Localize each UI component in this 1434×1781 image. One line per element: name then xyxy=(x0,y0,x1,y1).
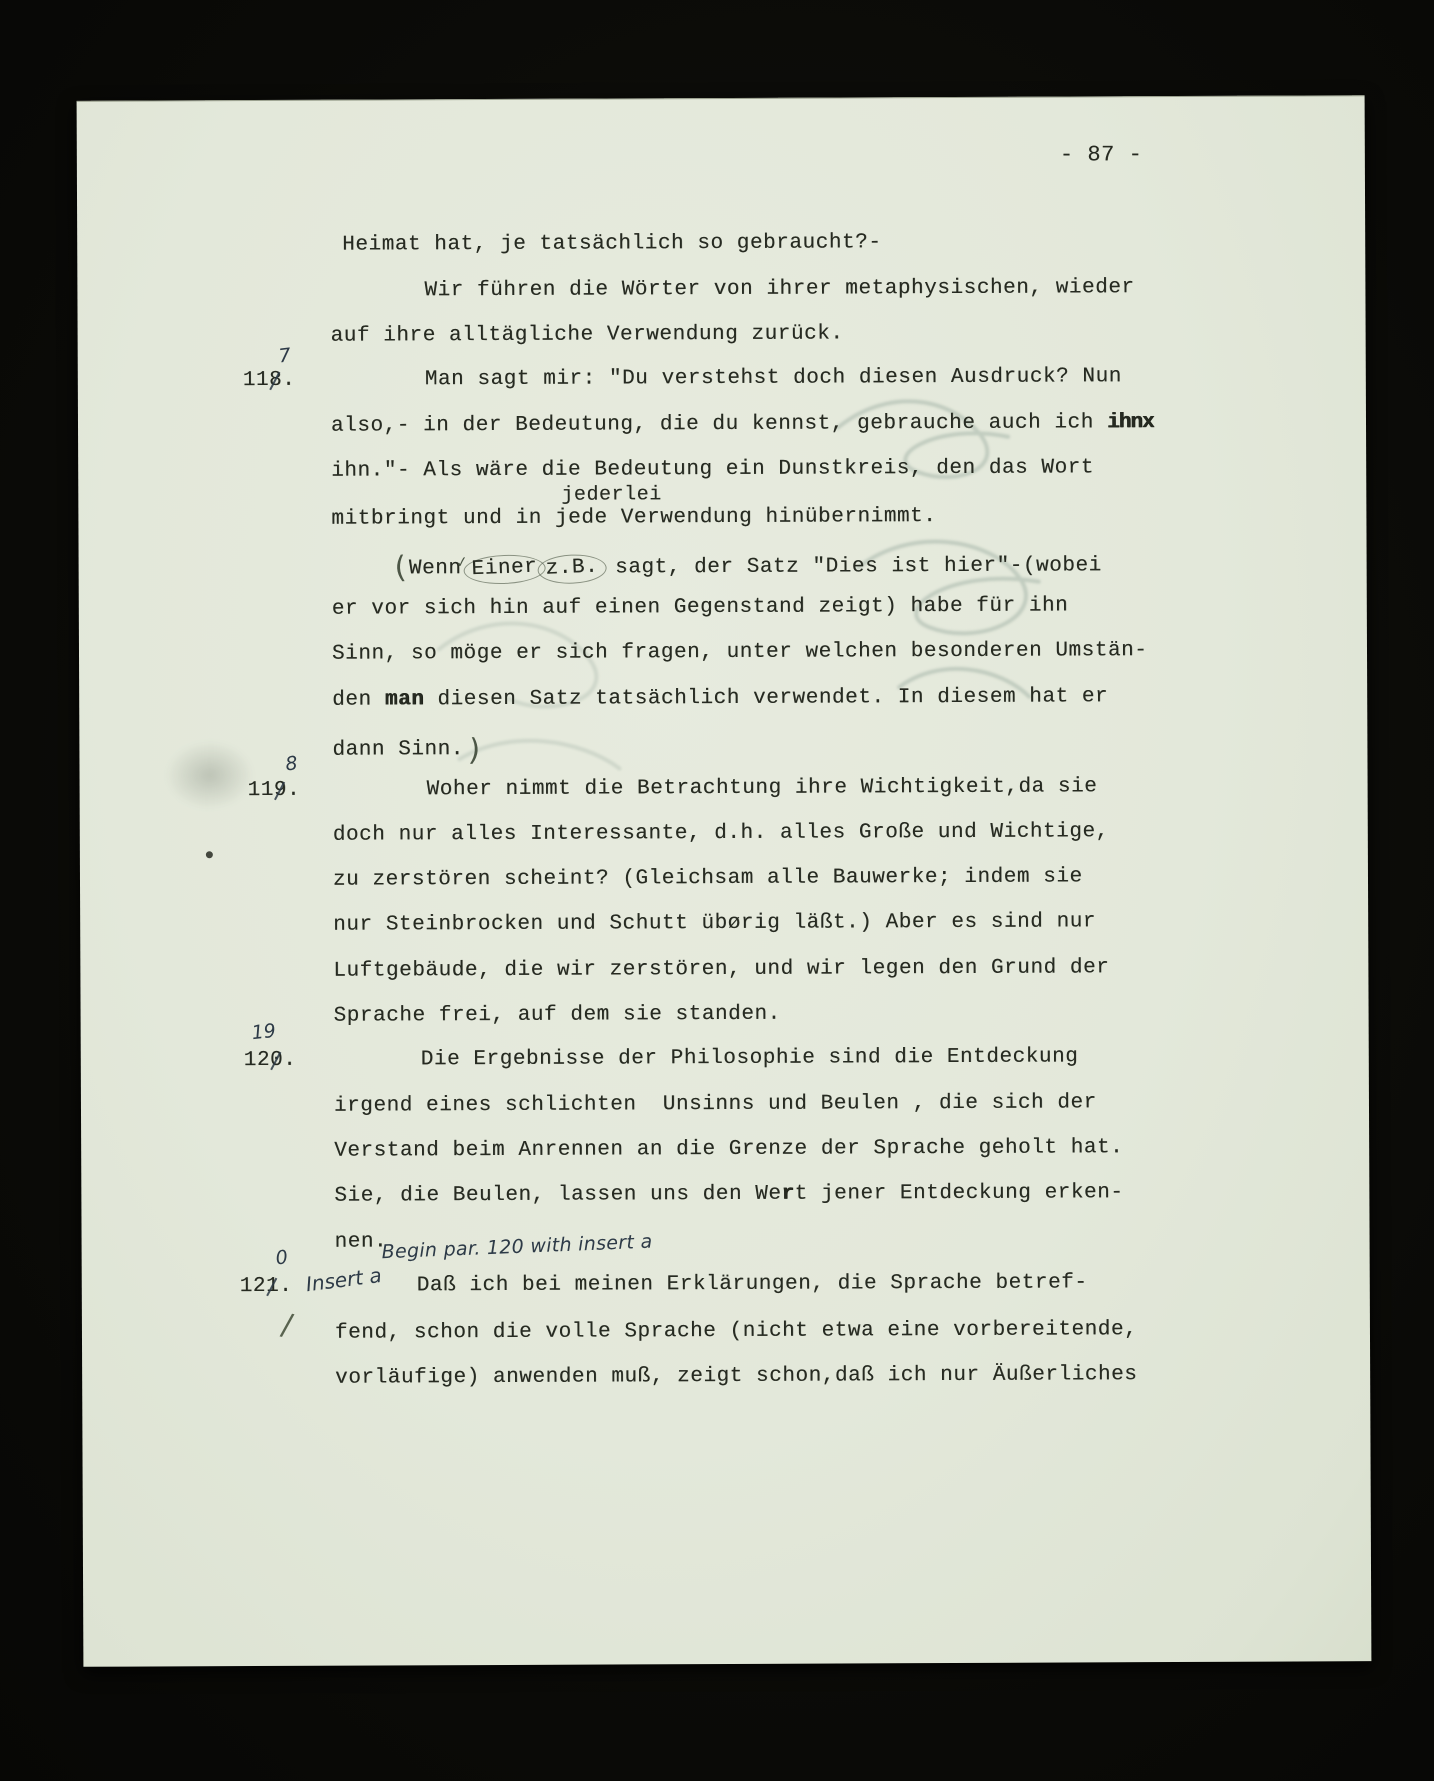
handwritten-slash-mark: / xyxy=(278,1307,295,1343)
pencil-open-paren: ( xyxy=(394,550,408,586)
typed-text: t jener Entdeckung erken- xyxy=(795,1181,1124,1205)
typed-line: Verstand beim Anrennen an die Grenze der… xyxy=(334,1136,1123,1162)
typed-line: irgend eines schlichten Unsinns und Beul… xyxy=(334,1091,1097,1117)
typed-line: Woher nimmt die Betrachtung ihre Wichtig… xyxy=(427,775,1098,801)
typed-line: mitbringt und in jede Verwendung hinüber… xyxy=(331,505,936,531)
typed-line: Luftgebäude, die wir zerstören, und wir … xyxy=(333,956,1109,982)
pencil-circled-word: z.B. xyxy=(537,553,607,585)
handwritten-note-begin-par: Begin par. 120 with insert a xyxy=(381,1231,653,1264)
typed-line: vorläufige) anwenden muß, zeigt schon,da… xyxy=(335,1363,1137,1390)
typed-text: diesen Satz tatsächlich verwendet. In di… xyxy=(424,685,1108,711)
typed-line: also,- in der Bedeutung, die du kennst, … xyxy=(331,411,1153,438)
handwritten-note-insert-a: Insert a xyxy=(305,1263,383,1296)
photo-backdrop: - 87 - Heimat hat, je tatsächlich so geb… xyxy=(0,0,1434,1781)
typed-line: Heimat hat, je tatsächlich so gebraucht?… xyxy=(342,231,881,256)
typed-line: Sie, die Beulen, lassen uns den Wert jen… xyxy=(334,1181,1123,1207)
typed-line: Sinn, so möge er sich fragen, unter welc… xyxy=(332,639,1148,666)
overtyped-strikeout: ihnx xyxy=(1107,411,1154,434)
handwritten-correction-0: 0 xyxy=(274,1246,288,1269)
margin-number-text: 11 xyxy=(243,369,269,392)
overtyped-letter: r xyxy=(781,1183,794,1206)
margin-number-119: 119.8 xyxy=(248,779,301,802)
typed-line: Wir führen die Wörter von ihrer metaphys… xyxy=(424,276,1134,302)
typed-text: also,- in der Bedeutung, die du kennst, … xyxy=(331,411,1107,437)
margin-number-text: . xyxy=(287,779,300,802)
typed-line: zu zerstören scheint? (Gleichsam alle Ba… xyxy=(333,865,1083,891)
typed-line: (Wenn✓Einerz.B. sagt, der Satz "Dies ist… xyxy=(395,547,1102,585)
typed-line: fend, schon die volle Sprache (nicht etw… xyxy=(335,1318,1137,1345)
typed-text: Wenn xyxy=(409,557,462,580)
typed-line: Man sagt mir: "Du verstehst doch diesen … xyxy=(425,365,1122,391)
pencil-circled-word: Einer xyxy=(463,553,546,585)
margin-number-text: . xyxy=(282,369,295,392)
margin-number-text: . xyxy=(279,1275,292,1298)
handwritten-correction-7: 7 xyxy=(278,344,292,367)
typed-line: doch nur alles Interessante, d.h. alles … xyxy=(333,820,1109,846)
typed-line: er vor sich hin auf einen Gegenstand zei… xyxy=(332,594,1069,620)
margin-number-121: 121.0 xyxy=(240,1275,293,1298)
typed-line: dann Sinn.) xyxy=(332,733,480,769)
typed-line: Die Ergebnisse der Philosophie sind die … xyxy=(421,1045,1079,1071)
typed-line: auf ihre alltägliche Verwendung zurück. xyxy=(331,322,844,347)
page-number: - 87 - xyxy=(1060,142,1143,167)
struck-digit: 9 xyxy=(274,779,287,802)
typed-text: dann Sinn. xyxy=(332,738,464,762)
document-page: - 87 - Heimat hat, je tatsächlich so geb… xyxy=(77,95,1372,1667)
margin-number-118: 118.7 xyxy=(243,369,296,392)
typed-line: den man diesen Satz tatsächlich verwende… xyxy=(332,685,1108,711)
ink-dot xyxy=(206,851,213,858)
struck-digit: 8 xyxy=(269,369,282,392)
handwritten-close-paren: ) xyxy=(467,733,482,769)
handwritten-correction-8: 8 xyxy=(284,752,298,775)
pencil-smudge xyxy=(164,740,254,810)
margin-number-text: 12 xyxy=(240,1275,266,1298)
typed-line: Daß ich bei meinen Erklärungen, die Spra… xyxy=(417,1271,1088,1297)
handwritten-correction-19: 19 xyxy=(251,1020,277,1045)
typed-text: sagt, der Satz "Dies ist hier"-(wobei xyxy=(602,554,1102,579)
struck-digit: 0 xyxy=(270,1049,283,1072)
margin-number-text: 11 xyxy=(248,779,274,802)
margin-number-text: 12 xyxy=(244,1049,270,1072)
typed-line: ihn."- Als wäre die Bedeutung ein Dunstk… xyxy=(331,456,1094,482)
typed-text: Sie, die Beulen, lassen uns den We xyxy=(334,1183,781,1208)
overtyped-word: man xyxy=(385,688,425,711)
typed-text: den xyxy=(332,688,385,711)
typed-line: nen. xyxy=(335,1230,388,1253)
margin-number-120: 120.19 xyxy=(244,1049,297,1072)
interlinear-insertion: jederlei xyxy=(561,483,662,506)
typed-line: Sprache frei, auf dem sie standen. xyxy=(334,1003,781,1028)
struck-digit: 1 xyxy=(266,1275,279,1298)
margin-number-text: . xyxy=(283,1049,296,1072)
typed-line: nur Steinbrocken und Schutt übørig läßt.… xyxy=(333,910,1096,936)
